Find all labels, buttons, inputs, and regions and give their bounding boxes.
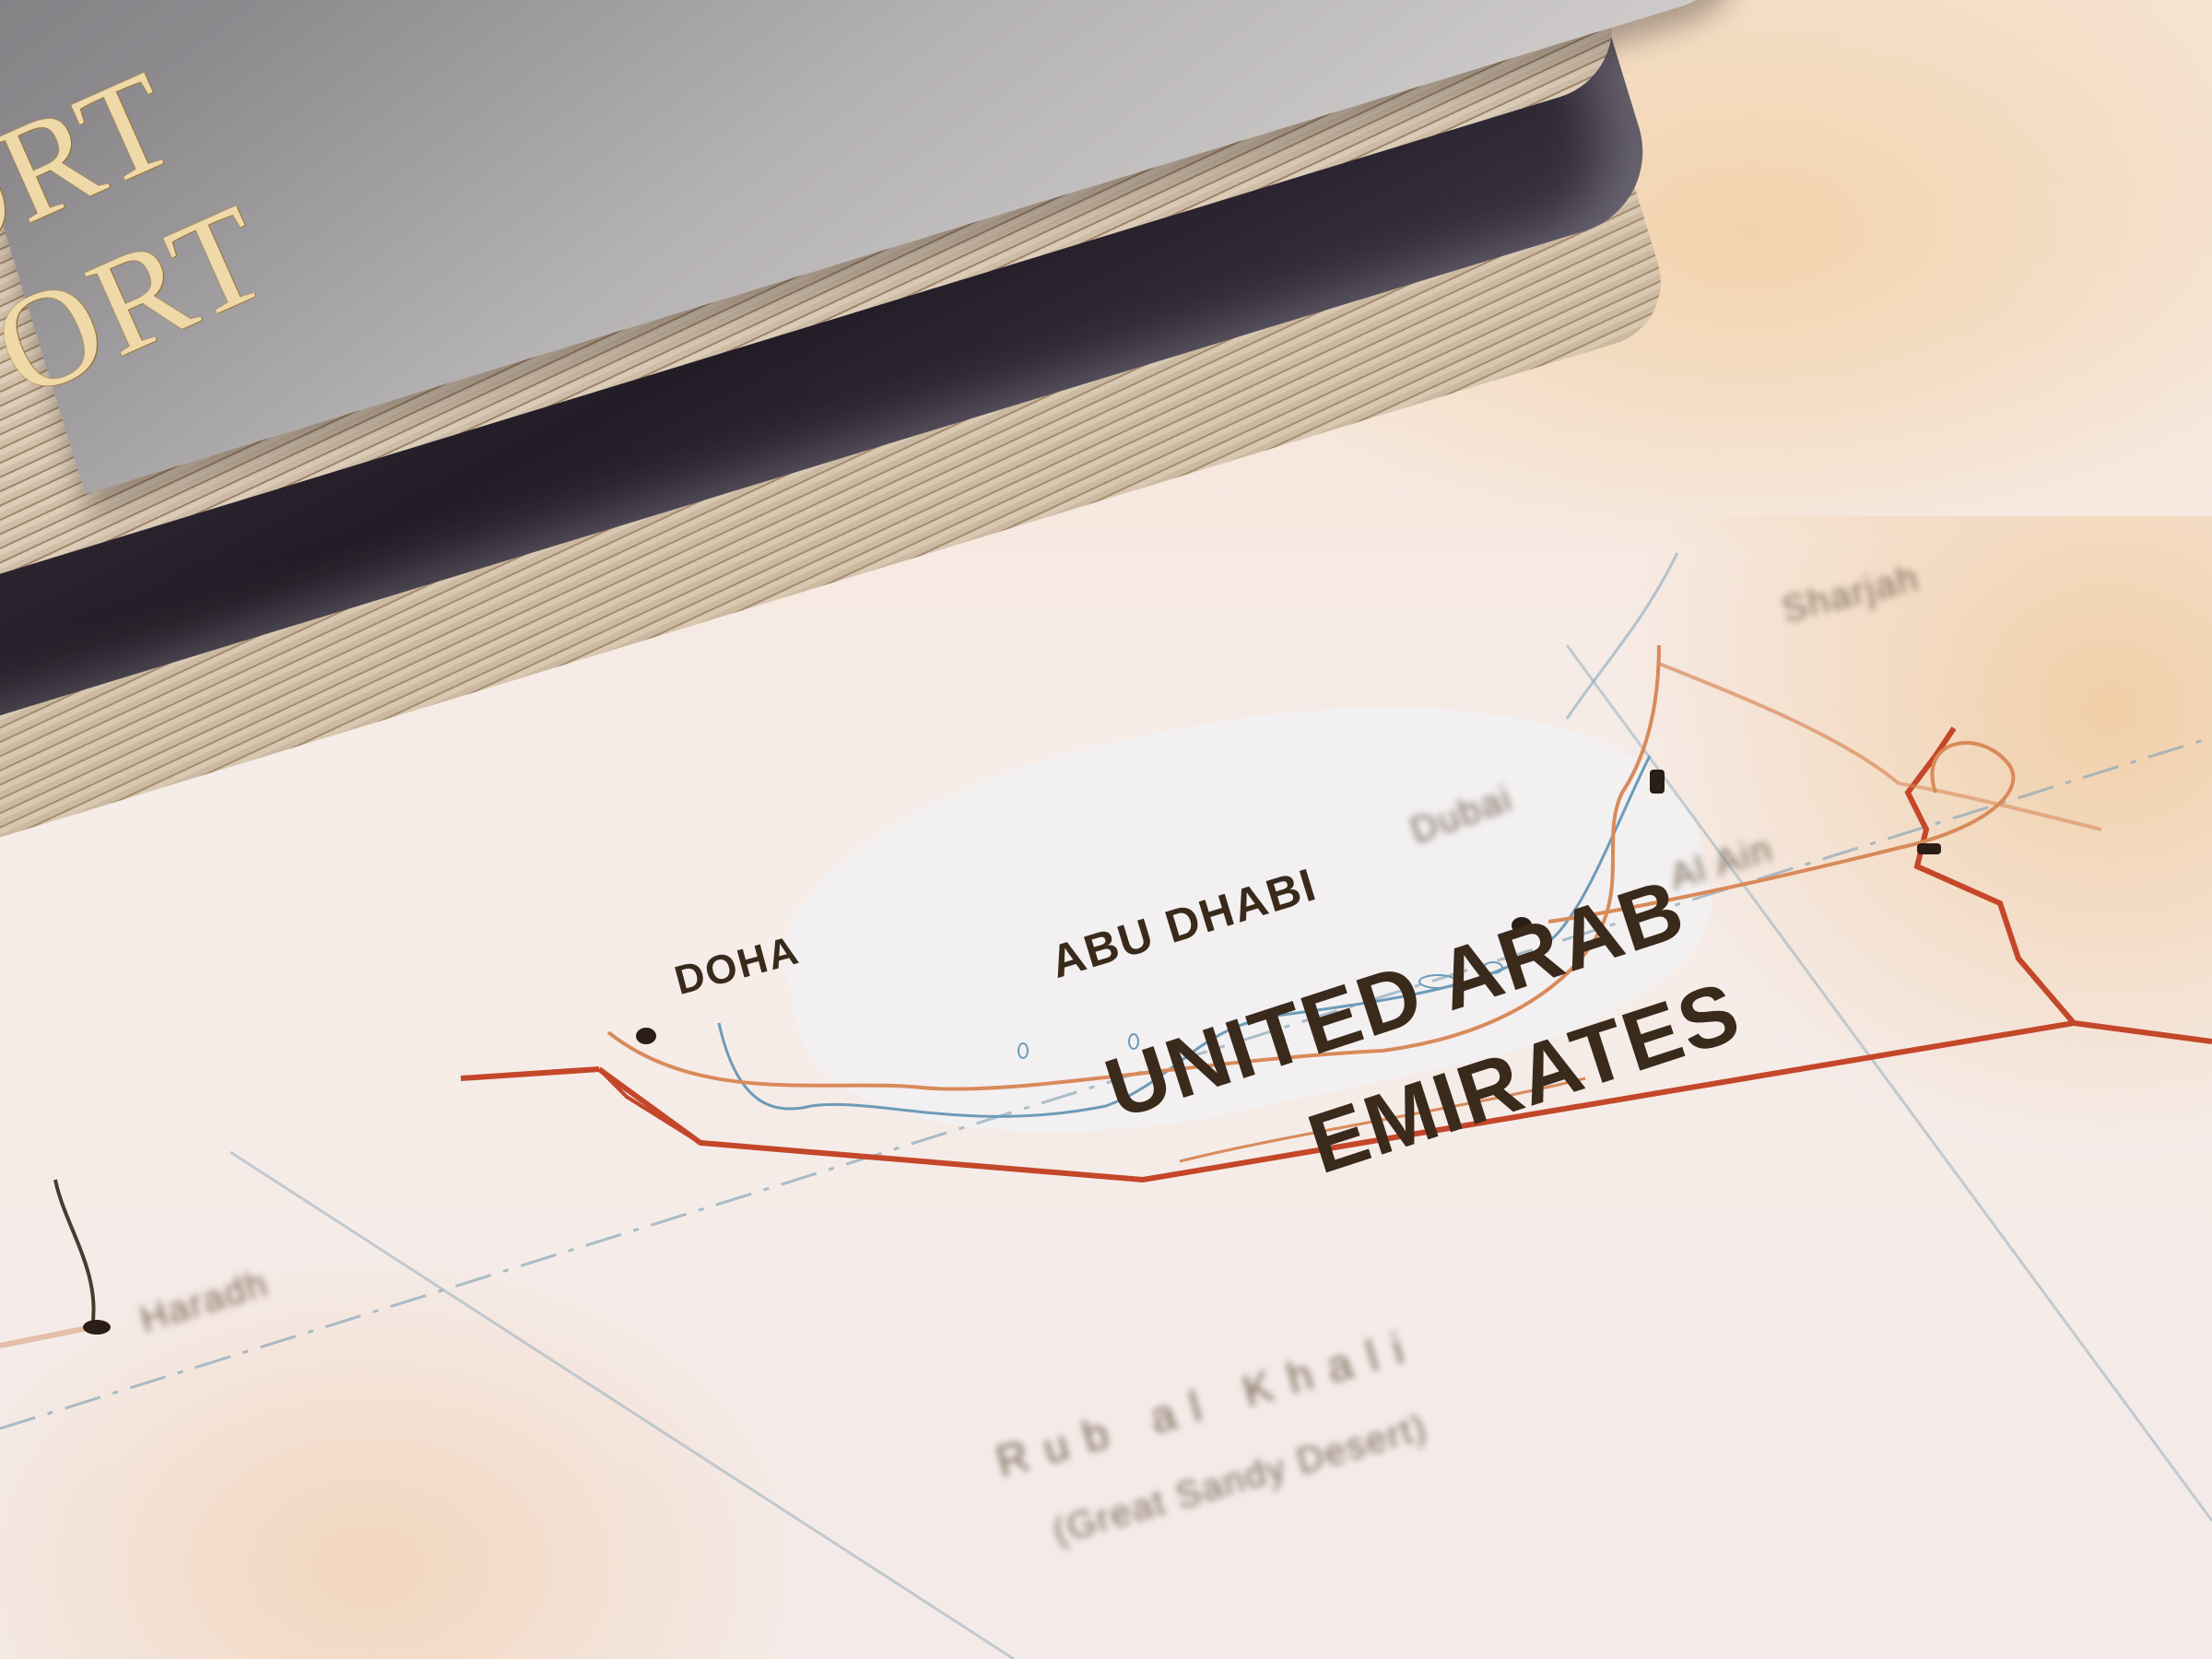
doha-city-marker bbox=[636, 1028, 656, 1044]
photo-scene: DOHA ABU DHABI UNITED ARAB EMIRATES Al A… bbox=[0, 0, 2212, 1659]
al-ain-city-marker bbox=[1917, 843, 1941, 854]
dubai-city-marker bbox=[1650, 770, 1665, 794]
haradh-city-marker bbox=[83, 1320, 111, 1335]
